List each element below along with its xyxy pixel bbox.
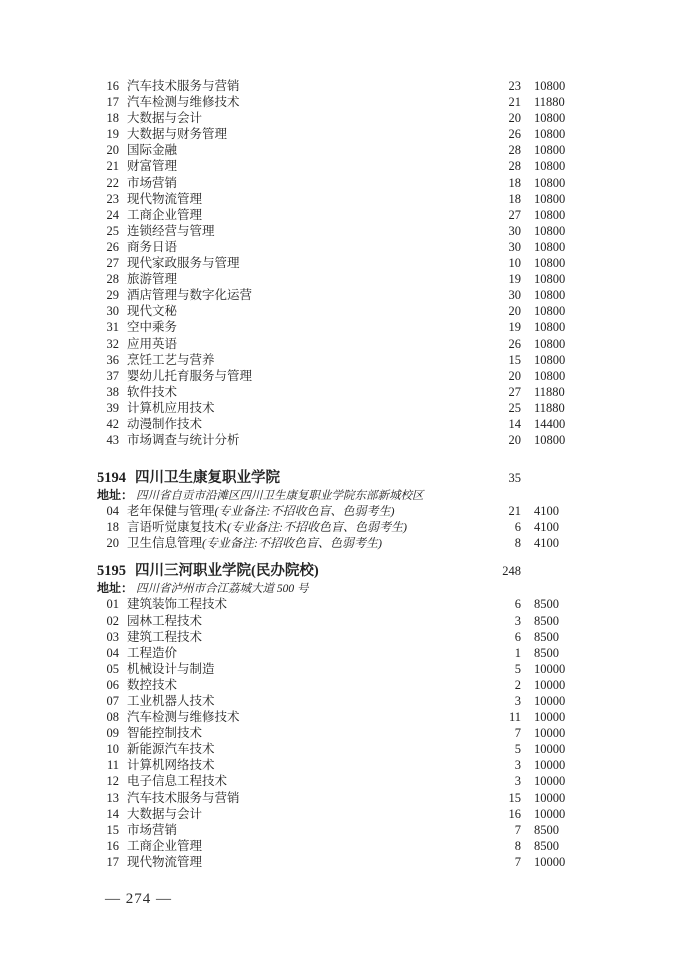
major-name: 工商企业管理 bbox=[127, 207, 471, 223]
major-row: 07 工业机器人技术 3 10000 bbox=[97, 693, 579, 709]
major-name: 大数据与会计 bbox=[127, 110, 471, 126]
major-row: 27 现代家政服务与管理 10 10800 bbox=[97, 255, 579, 271]
major-name: 大数据与会计 bbox=[127, 806, 471, 822]
major-tuition-fee: 11880 bbox=[534, 400, 579, 416]
major-plan-count: 20 bbox=[471, 368, 521, 384]
continued-major-list: 16 汽车技术服务与营销 23 10800 17 汽车检测与维修技术 21 11… bbox=[97, 78, 579, 448]
college-address-line: 地址：四川省泸州市合江荔城大道 500 号 bbox=[97, 581, 579, 596]
major-name: 建筑装饰工程技术 bbox=[127, 596, 471, 612]
major-name: 市场营销 bbox=[127, 175, 471, 191]
major-name: 软件技术 bbox=[127, 384, 471, 400]
major-row: 43 市场调查与统计分析 20 10800 bbox=[97, 432, 579, 448]
college-section-5195: 5195 四川三河职业学院(民办院校) 248 地址：四川省泸州市合江荔城大道 … bbox=[97, 562, 579, 870]
major-row: 39 计算机应用技术 25 11880 bbox=[97, 400, 579, 416]
college-total-plan: 35 bbox=[471, 469, 521, 488]
major-name: 智能控制技术 bbox=[127, 725, 471, 741]
major-number: 37 bbox=[105, 368, 119, 384]
major-plan-count: 3 bbox=[471, 773, 521, 789]
major-plan-count: 6 bbox=[471, 596, 521, 612]
major-row: 02 园林工程技术 3 8500 bbox=[97, 613, 579, 629]
major-tuition-fee: 10000 bbox=[534, 661, 579, 677]
major-note: (专业备注:不招收色盲、色弱考生) bbox=[227, 520, 407, 534]
major-plan-count: 21 bbox=[471, 94, 521, 110]
major-plan-count: 15 bbox=[471, 790, 521, 806]
major-number: 22 bbox=[105, 175, 119, 191]
major-tuition-fee: 10800 bbox=[534, 126, 579, 142]
major-tuition-fee: 10800 bbox=[534, 78, 579, 94]
major-tuition-fee: 10800 bbox=[534, 319, 579, 335]
major-row: 32 应用英语 26 10800 bbox=[97, 336, 579, 352]
page-content: 16 汽车技术服务与营销 23 10800 17 汽车检测与维修技术 21 11… bbox=[97, 78, 579, 870]
major-name: 工业机器人技术 bbox=[127, 693, 471, 709]
major-row: 18 大数据与会计 20 10800 bbox=[97, 110, 579, 126]
major-tuition-fee: 10800 bbox=[534, 287, 579, 303]
major-plan-count: 21 bbox=[471, 503, 521, 519]
major-number: 28 bbox=[105, 271, 119, 287]
major-tuition-fee: 10000 bbox=[534, 854, 579, 870]
major-tuition-fee: 10800 bbox=[534, 432, 579, 448]
major-tuition-fee: 10800 bbox=[534, 352, 579, 368]
major-name: 现代文秘 bbox=[127, 303, 471, 319]
major-tuition-fee: 10000 bbox=[534, 709, 579, 725]
major-row: 42 动漫制作技术 14 14400 bbox=[97, 416, 579, 432]
major-number: 20 bbox=[105, 142, 119, 158]
major-tuition-fee: 11880 bbox=[534, 94, 579, 110]
major-plan-count: 23 bbox=[471, 78, 521, 94]
major-tuition-fee: 10000 bbox=[534, 757, 579, 773]
major-row: 18 言语听觉康复技术(专业备注:不招收色盲、色弱考生) 6 4100 bbox=[97, 519, 579, 535]
major-plan-count: 25 bbox=[471, 400, 521, 416]
major-number: 02 bbox=[105, 613, 119, 629]
major-plan-count: 2 bbox=[471, 677, 521, 693]
major-tuition-fee: 10800 bbox=[534, 158, 579, 174]
major-number: 29 bbox=[105, 287, 119, 303]
major-name: 空中乘务 bbox=[127, 319, 471, 335]
major-tuition-fee: 10000 bbox=[534, 773, 579, 789]
major-name: 市场调查与统计分析 bbox=[127, 432, 471, 448]
major-row: 14 大数据与会计 16 10000 bbox=[97, 806, 579, 822]
major-plan-count: 20 bbox=[471, 303, 521, 319]
major-row: 06 数控技术 2 10000 bbox=[97, 677, 579, 693]
document-page: 16 汽车技术服务与营销 23 10800 17 汽车检测与维修技术 21 11… bbox=[0, 0, 680, 961]
major-name: 商务日语 bbox=[127, 239, 471, 255]
major-tuition-fee: 8500 bbox=[534, 613, 579, 629]
major-number: 38 bbox=[105, 384, 119, 400]
major-plan-count: 27 bbox=[471, 384, 521, 400]
major-plan-count: 28 bbox=[471, 158, 521, 174]
major-tuition-fee: 10000 bbox=[534, 741, 579, 757]
major-name: 新能源汽车技术 bbox=[127, 741, 471, 757]
major-tuition-fee: 4100 bbox=[534, 519, 579, 535]
major-name: 现代物流管理 bbox=[127, 854, 471, 870]
major-plan-count: 7 bbox=[471, 822, 521, 838]
major-number: 42 bbox=[105, 416, 119, 432]
major-plan-count: 18 bbox=[471, 175, 521, 191]
major-tuition-fee: 10800 bbox=[534, 255, 579, 271]
major-plan-count: 19 bbox=[471, 271, 521, 287]
college-major-list: 01 建筑装饰工程技术 6 8500 02 园林工程技术 3 8500 03 建… bbox=[97, 596, 579, 870]
major-row: 36 烹饪工艺与营养 15 10800 bbox=[97, 352, 579, 368]
major-tuition-fee: 10000 bbox=[534, 677, 579, 693]
major-plan-count: 30 bbox=[471, 223, 521, 239]
major-number: 04 bbox=[105, 503, 119, 519]
major-tuition-fee: 4100 bbox=[534, 503, 579, 519]
college-total-plan: 248 bbox=[471, 562, 521, 581]
major-tuition-fee: 8500 bbox=[534, 596, 579, 612]
major-tuition-fee: 8500 bbox=[534, 822, 579, 838]
major-row: 04 工程造价 1 8500 bbox=[97, 645, 579, 661]
address-label: 地址： bbox=[97, 581, 133, 595]
major-number: 25 bbox=[105, 223, 119, 239]
major-plan-count: 30 bbox=[471, 239, 521, 255]
major-plan-count: 6 bbox=[471, 629, 521, 645]
major-plan-count: 3 bbox=[471, 693, 521, 709]
major-tuition-fee: 8500 bbox=[534, 645, 579, 661]
major-tuition-fee: 10800 bbox=[534, 368, 579, 384]
major-plan-count: 7 bbox=[471, 725, 521, 741]
major-number: 17 bbox=[105, 94, 119, 110]
major-number: 01 bbox=[105, 596, 119, 612]
major-number: 16 bbox=[105, 78, 119, 94]
major-tuition-fee: 10800 bbox=[534, 336, 579, 352]
major-tuition-fee: 10000 bbox=[534, 725, 579, 741]
major-name: 汽车检测与维修技术 bbox=[127, 94, 471, 110]
college-major-list: 04 老年保健与管理(专业备注:不招收色盲、色弱考生) 21 4100 18 言… bbox=[97, 503, 579, 551]
major-row: 16 汽车技术服务与营销 23 10800 bbox=[97, 78, 579, 94]
major-row: 17 汽车检测与维修技术 21 11880 bbox=[97, 94, 579, 110]
college-code: 5194 bbox=[97, 469, 126, 488]
major-tuition-fee: 10800 bbox=[534, 239, 579, 255]
major-number: 06 bbox=[105, 677, 119, 693]
major-plan-count: 5 bbox=[471, 741, 521, 757]
major-plan-count: 8 bbox=[471, 535, 521, 551]
major-tuition-fee: 10800 bbox=[534, 191, 579, 207]
major-number: 03 bbox=[105, 629, 119, 645]
major-name: 市场营销 bbox=[127, 822, 471, 838]
major-name: 数控技术 bbox=[127, 677, 471, 693]
major-name: 酒店管理与数字化运营 bbox=[127, 287, 471, 303]
major-number: 36 bbox=[105, 352, 119, 368]
major-tuition-fee: 11880 bbox=[534, 384, 579, 400]
major-row: 26 商务日语 30 10800 bbox=[97, 239, 579, 255]
major-number: 26 bbox=[105, 239, 119, 255]
major-number: 10 bbox=[105, 741, 119, 757]
major-plan-count: 18 bbox=[471, 191, 521, 207]
major-plan-count: 20 bbox=[471, 432, 521, 448]
major-number: 30 bbox=[105, 303, 119, 319]
major-tuition-fee: 10000 bbox=[534, 806, 579, 822]
major-row: 10 新能源汽车技术 5 10000 bbox=[97, 741, 579, 757]
major-name: 电子信息工程技术 bbox=[127, 773, 471, 789]
major-name: 汽车技术服务与营销 bbox=[127, 78, 471, 94]
college-section-5194: 5194 四川卫生康复职业学院 35 地址：四川省自贡市沿滩区四川卫生康复职业学… bbox=[97, 469, 579, 551]
major-plan-count: 8 bbox=[471, 838, 521, 854]
major-row: 11 计算机网络技术 3 10000 bbox=[97, 757, 579, 773]
major-tuition-fee: 10800 bbox=[534, 175, 579, 191]
major-tuition-fee: 8500 bbox=[534, 838, 579, 854]
major-name: 机械设计与制造 bbox=[127, 661, 471, 677]
major-number: 08 bbox=[105, 709, 119, 725]
major-plan-count: 19 bbox=[471, 319, 521, 335]
major-tuition-fee: 14400 bbox=[534, 416, 579, 432]
major-number: 21 bbox=[105, 158, 119, 174]
major-number: 24 bbox=[105, 207, 119, 223]
major-tuition-fee: 10000 bbox=[534, 693, 579, 709]
major-tuition-fee: 10800 bbox=[534, 207, 579, 223]
major-row: 30 现代文秘 20 10800 bbox=[97, 303, 579, 319]
major-name: 旅游管理 bbox=[127, 271, 471, 287]
major-name: 烹饪工艺与营养 bbox=[127, 352, 471, 368]
major-number: 04 bbox=[105, 645, 119, 661]
major-plan-count: 5 bbox=[471, 661, 521, 677]
major-note: (专业备注:不招收色盲、色弱考生) bbox=[215, 504, 395, 518]
major-plan-count: 1 bbox=[471, 645, 521, 661]
major-name: 计算机应用技术 bbox=[127, 400, 471, 416]
major-number: 07 bbox=[105, 693, 119, 709]
major-row: 05 机械设计与制造 5 10000 bbox=[97, 661, 579, 677]
major-plan-count: 15 bbox=[471, 352, 521, 368]
major-tuition-fee: 10000 bbox=[534, 790, 579, 806]
college-name: 四川三河职业学院(民办院校) bbox=[135, 562, 471, 581]
page-number: — 274 — bbox=[105, 891, 172, 908]
major-plan-count: 11 bbox=[471, 709, 521, 725]
major-plan-count: 28 bbox=[471, 142, 521, 158]
major-plan-count: 6 bbox=[471, 519, 521, 535]
major-plan-count: 14 bbox=[471, 416, 521, 432]
major-name: 工商企业管理 bbox=[127, 838, 471, 854]
major-row: 04 老年保健与管理(专业备注:不招收色盲、色弱考生) 21 4100 bbox=[97, 503, 579, 519]
major-name: 计算机网络技术 bbox=[127, 757, 471, 773]
major-number: 14 bbox=[105, 806, 119, 822]
major-name: 卫生信息管理(专业备注:不招收色盲、色弱考生) bbox=[127, 535, 471, 551]
major-plan-count: 3 bbox=[471, 613, 521, 629]
college-code: 5195 bbox=[97, 562, 126, 581]
major-number: 19 bbox=[105, 126, 119, 142]
major-number: 27 bbox=[105, 255, 119, 271]
major-number: 17 bbox=[105, 854, 119, 870]
major-number: 23 bbox=[105, 191, 119, 207]
major-row: 08 汽车检测与维修技术 11 10000 bbox=[97, 709, 579, 725]
major-row: 15 市场营销 7 8500 bbox=[97, 822, 579, 838]
major-number: 11 bbox=[105, 757, 119, 773]
major-plan-count: 10 bbox=[471, 255, 521, 271]
major-row: 24 工商企业管理 27 10800 bbox=[97, 207, 579, 223]
major-name: 老年保健与管理(专业备注:不招收色盲、色弱考生) bbox=[127, 503, 471, 519]
major-row: 13 汽车技术服务与营销 15 10000 bbox=[97, 790, 579, 806]
major-name: 园林工程技术 bbox=[127, 613, 471, 629]
major-number: 16 bbox=[105, 838, 119, 854]
major-number: 31 bbox=[105, 319, 119, 335]
major-number: 18 bbox=[105, 519, 119, 535]
major-row: 20 卫生信息管理(专业备注:不招收色盲、色弱考生) 8 4100 bbox=[97, 535, 579, 551]
major-row: 38 软件技术 27 11880 bbox=[97, 384, 579, 400]
college-name: 四川卫生康复职业学院 bbox=[135, 469, 471, 488]
major-plan-count: 30 bbox=[471, 287, 521, 303]
major-number: 15 bbox=[105, 822, 119, 838]
address-label: 地址： bbox=[97, 488, 133, 502]
college-address-line: 地址：四川省自贡市沿滩区四川卫生康复职业学院东部新城校区 bbox=[97, 488, 579, 503]
major-number: 09 bbox=[105, 725, 119, 741]
major-name: 婴幼儿托育服务与管理 bbox=[127, 368, 471, 384]
major-plan-count: 16 bbox=[471, 806, 521, 822]
major-name: 现代物流管理 bbox=[127, 191, 471, 207]
major-row: 03 建筑工程技术 6 8500 bbox=[97, 629, 579, 645]
major-plan-count: 26 bbox=[471, 126, 521, 142]
major-number: 13 bbox=[105, 790, 119, 806]
major-row: 37 婴幼儿托育服务与管理 20 10800 bbox=[97, 368, 579, 384]
major-number: 18 bbox=[105, 110, 119, 126]
major-plan-count: 3 bbox=[471, 757, 521, 773]
major-row: 01 建筑装饰工程技术 6 8500 bbox=[97, 596, 579, 612]
major-note: (专业备注:不招收色盲、色弱考生) bbox=[202, 536, 382, 550]
major-number: 43 bbox=[105, 432, 119, 448]
major-row: 09 智能控制技术 7 10000 bbox=[97, 725, 579, 741]
major-number: 12 bbox=[105, 773, 119, 789]
major-plan-count: 7 bbox=[471, 854, 521, 870]
major-number: 05 bbox=[105, 661, 119, 677]
major-row: 25 连锁经营与管理 30 10800 bbox=[97, 223, 579, 239]
major-name: 动漫制作技术 bbox=[127, 416, 471, 432]
major-row: 20 国际金融 28 10800 bbox=[97, 142, 579, 158]
major-row: 21 财富管理 28 10800 bbox=[97, 158, 579, 174]
major-name: 财富管理 bbox=[127, 158, 471, 174]
major-row: 31 空中乘务 19 10800 bbox=[97, 319, 579, 335]
major-tuition-fee: 4100 bbox=[534, 535, 579, 551]
major-row: 12 电子信息工程技术 3 10000 bbox=[97, 773, 579, 789]
major-plan-count: 26 bbox=[471, 336, 521, 352]
address-text: 四川省自贡市沿滩区四川卫生康复职业学院东部新城校区 bbox=[136, 490, 424, 502]
major-tuition-fee: 10800 bbox=[534, 271, 579, 287]
major-tuition-fee: 10800 bbox=[534, 303, 579, 319]
major-name: 连锁经营与管理 bbox=[127, 223, 471, 239]
college-header: 5194 四川卫生康复职业学院 35 bbox=[97, 469, 579, 488]
major-name: 应用英语 bbox=[127, 336, 471, 352]
major-tuition-fee: 10800 bbox=[534, 223, 579, 239]
major-tuition-fee: 10800 bbox=[534, 142, 579, 158]
major-name: 工程造价 bbox=[127, 645, 471, 661]
address-text: 四川省泸州市合江荔城大道 500 号 bbox=[136, 583, 309, 595]
major-number: 32 bbox=[105, 336, 119, 352]
major-name: 汽车检测与维修技术 bbox=[127, 709, 471, 725]
major-row: 17 现代物流管理 7 10000 bbox=[97, 854, 579, 870]
major-name: 建筑工程技术 bbox=[127, 629, 471, 645]
major-number: 39 bbox=[105, 400, 119, 416]
major-name: 现代家政服务与管理 bbox=[127, 255, 471, 271]
major-row: 22 市场营销 18 10800 bbox=[97, 175, 579, 191]
major-row: 23 现代物流管理 18 10800 bbox=[97, 191, 579, 207]
college-header: 5195 四川三河职业学院(民办院校) 248 bbox=[97, 562, 579, 581]
major-name: 言语听觉康复技术(专业备注:不招收色盲、色弱考生) bbox=[127, 519, 471, 535]
major-row: 28 旅游管理 19 10800 bbox=[97, 271, 579, 287]
major-row: 29 酒店管理与数字化运营 30 10800 bbox=[97, 287, 579, 303]
major-tuition-fee: 8500 bbox=[534, 629, 579, 645]
major-row: 16 工商企业管理 8 8500 bbox=[97, 838, 579, 854]
major-tuition-fee: 10800 bbox=[534, 110, 579, 126]
major-name: 国际金融 bbox=[127, 142, 471, 158]
major-name: 大数据与财务管理 bbox=[127, 126, 471, 142]
major-plan-count: 20 bbox=[471, 110, 521, 126]
major-row: 19 大数据与财务管理 26 10800 bbox=[97, 126, 579, 142]
major-plan-count: 27 bbox=[471, 207, 521, 223]
major-name: 汽车技术服务与营销 bbox=[127, 790, 471, 806]
major-number: 20 bbox=[105, 535, 119, 551]
